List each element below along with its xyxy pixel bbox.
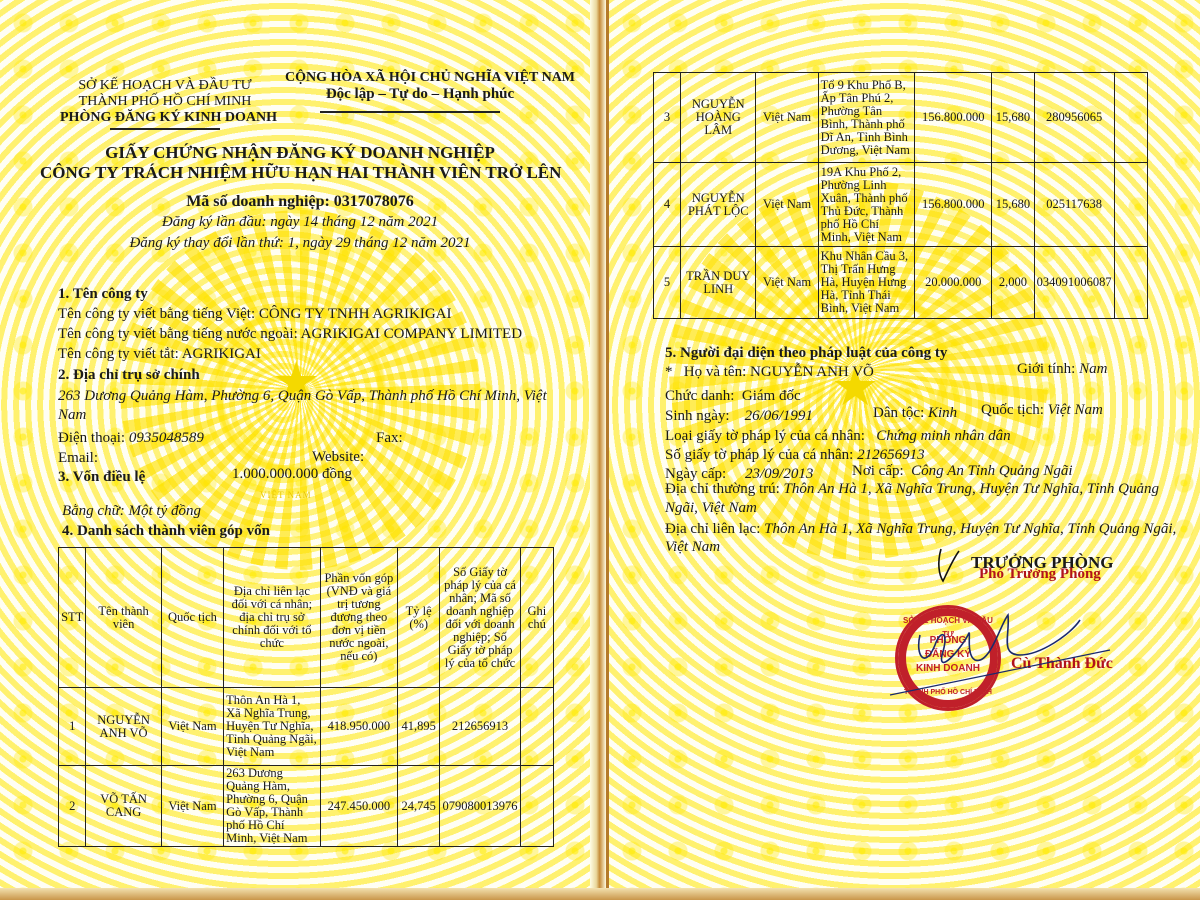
header-note: Ghi chú bbox=[520, 548, 553, 688]
row-name: VÕ TẤN CANG bbox=[86, 766, 161, 847]
row-id-number: 034091006087 bbox=[1034, 247, 1114, 319]
change-registration-date: Đăng ký thay đổi lần thứ: 1, ngày 29 thá… bbox=[40, 235, 560, 252]
gender-row: Giới tính: Nam bbox=[1017, 361, 1107, 378]
contact-address-label: Địa chỉ liên lạc: bbox=[665, 521, 760, 537]
row-stt: 4 bbox=[654, 163, 681, 247]
position-row: Chức danh: Giám đốc bbox=[665, 388, 801, 405]
row-name: NGUYỄN HOÀNG LÂM bbox=[681, 73, 756, 163]
issue-date-label: Ngày cấp: bbox=[665, 466, 726, 482]
row-note bbox=[1114, 73, 1147, 163]
row-capital: 247.450.000 bbox=[320, 766, 397, 847]
document-title: GIẤY CHỨNG NHẬN ĐĂNG KÝ DOANH NGHIỆP bbox=[40, 143, 560, 163]
permanent-address-label: Địa chỉ thường trú: bbox=[665, 481, 780, 497]
table-row: 3 NGUYỄN HOÀNG LÂM Việt Nam Tổ 9 Khu Phố… bbox=[654, 73, 1148, 163]
company-name-short: Tên công ty viết tắt: AGRIKIGAI bbox=[58, 346, 261, 363]
ethnicity-row: Dân tộc: Kinh bbox=[873, 405, 957, 422]
republic-name: CỘNG HÒA XÃ HỘI CHỦ NGHĨA VIỆT NAM bbox=[285, 70, 555, 86]
emblem-text: VIỆT NAM bbox=[260, 490, 312, 500]
page-fold bbox=[590, 0, 606, 900]
agency-line-3: PHÒNG ĐĂNG KÝ KINH DOANH bbox=[60, 110, 270, 126]
row-ratio: 2,000 bbox=[992, 247, 1034, 319]
row-capital: 156.800.000 bbox=[915, 163, 992, 247]
representative-name-row: * Họ và tên: NGUYỄN ANH VÕ bbox=[665, 364, 874, 381]
fax-label: Fax: bbox=[376, 430, 403, 447]
members-table-part-1: STT Tên thành viên Quốc tịch Địa chỉ liê… bbox=[58, 547, 554, 847]
company-type-title: CÔNG TY TRÁCH NHIỆM HỮU HẠN HAI THÀNH VI… bbox=[40, 163, 560, 183]
id-number-row: Số giấy tờ pháp lý của cá nhân: 21265691… bbox=[665, 447, 925, 464]
table-row: 5 TRẦN DUY LINH Việt Nam Khu Nhân Cầu 3,… bbox=[654, 247, 1148, 319]
row-nationality: Việt Nam bbox=[161, 688, 223, 766]
id-number-label: Số giấy tờ pháp lý của cá nhân: bbox=[665, 447, 853, 463]
row-address: Thôn An Hà 1, Xã Nghĩa Trung, Huyện Tư N… bbox=[224, 688, 321, 766]
gender-value: Nam bbox=[1079, 361, 1107, 377]
row-address: Tổ 9 Khu Phố B, Ấp Tân Phú 2, Phường Tân… bbox=[818, 73, 914, 163]
row-ratio: 41,895 bbox=[398, 688, 440, 766]
contact-address-row: Địa chỉ liên lạc: Thôn An Hà 1, Xã Nghĩa… bbox=[665, 521, 1176, 538]
row-capital: 20.000.000 bbox=[915, 247, 992, 319]
head-office-address-line-1: 263 Dương Quảng Hàm, Phường 6, Quận Gò V… bbox=[58, 388, 547, 405]
motto: Độc lập – Tự do – Hạnh phúc bbox=[285, 86, 555, 103]
head-office-address-line-2: Nam bbox=[58, 407, 86, 424]
email-label: Email: bbox=[58, 450, 98, 467]
page-bottom-edge bbox=[0, 888, 1200, 900]
id-type-value: Chứng minh nhân dân bbox=[876, 428, 1010, 444]
charter-capital-amount: 1.000.000.000 đồng bbox=[232, 466, 352, 483]
row-id-number: 079080013976 bbox=[440, 766, 520, 847]
members-table-part-2: 3 NGUYỄN HOÀNG LÂM Việt Nam Tổ 9 Khu Phố… bbox=[653, 72, 1148, 319]
dob-value: 26/06/1991 bbox=[745, 408, 813, 424]
charter-capital-in-words: Bằng chữ: Một tỷ đồng bbox=[62, 503, 201, 520]
row-nationality: Việt Nam bbox=[161, 766, 223, 847]
row-ratio: 15,680 bbox=[992, 163, 1034, 247]
row-note bbox=[520, 688, 553, 766]
dob-row: Sinh ngày: 26/06/1991 bbox=[665, 408, 813, 425]
company-name-vietnamese: Tên công ty viết bằng tiếng Việt: CÔNG T… bbox=[58, 306, 452, 323]
position-value: Giám đốc bbox=[742, 388, 801, 404]
phone-value: 0935048589 bbox=[129, 430, 204, 446]
agency-line-1: SỞ KẾ HOẠCH VÀ ĐẦU TƯ bbox=[60, 78, 270, 94]
row-id-number: 280956065 bbox=[1034, 73, 1114, 163]
section-1-heading: 1. Tên công ty bbox=[58, 286, 148, 303]
row-id-number: 212656913 bbox=[440, 688, 520, 766]
row-name: TRẦN DUY LINH bbox=[681, 247, 756, 319]
table-row: 2 VÕ TẤN CANG Việt Nam 263 Dương Quảng H… bbox=[59, 766, 554, 847]
header-right: CỘNG HÒA XÃ HỘI CHỦ NGHĨA VIỆT NAM Độc l… bbox=[285, 70, 555, 103]
signature-subtitle: Phó Trưởng Phòng bbox=[979, 566, 1101, 583]
row-stt: 1 bbox=[59, 688, 86, 766]
section-4-heading: 4. Danh sách thành viên góp vốn bbox=[62, 523, 270, 540]
initials-signature bbox=[935, 545, 965, 585]
section-5-heading: 5. Người đại diện theo pháp luật của côn… bbox=[665, 345, 947, 362]
contact-address-value-2: Việt Nam bbox=[665, 539, 720, 556]
nationality-row: Quốc tịch: Việt Nam bbox=[981, 402, 1103, 419]
row-ratio: 24,745 bbox=[398, 766, 440, 847]
row-address: Khu Nhân Cầu 3, Thị Trấn Hưng Hà, Huyện … bbox=[818, 247, 914, 319]
row-id-number: 025117638 bbox=[1034, 163, 1114, 247]
header-stt: STT bbox=[59, 548, 86, 688]
row-stt: 5 bbox=[654, 247, 681, 319]
id-number-value: 212656913 bbox=[857, 447, 925, 463]
row-note bbox=[1114, 247, 1147, 319]
permanent-address-value-2: Ngãi, Việt Nam bbox=[665, 500, 757, 517]
row-nationality: Việt Nam bbox=[756, 163, 818, 247]
permanent-address-row: Địa chỉ thường trú: Thôn An Hà 1, Xã Ngh… bbox=[665, 481, 1159, 498]
bullet-icon: * bbox=[665, 364, 673, 380]
phone-label: Điện thoại: bbox=[58, 430, 125, 446]
table-header-row: STT Tên thành viên Quốc tịch Địa chỉ liê… bbox=[59, 548, 554, 688]
row-name: NGUYỄN ANH VÕ bbox=[86, 688, 161, 766]
id-type-row: Loại giấy tờ pháp lý của cá nhân: Chứng … bbox=[665, 428, 1011, 445]
section-2-heading: 2. Địa chỉ trụ sở chính bbox=[58, 367, 200, 384]
row-note bbox=[520, 766, 553, 847]
row-nationality: Việt Nam bbox=[756, 73, 818, 163]
issue-date-value: 23/09/2013 bbox=[745, 466, 813, 482]
row-name: NGUYỄN PHÁT LỘC bbox=[681, 163, 756, 247]
row-stt: 3 bbox=[654, 73, 681, 163]
row-address: 19A Khu Phố 2, Phường Linh Xuân, Thành p… bbox=[818, 163, 914, 247]
row-capital: 156.800.000 bbox=[915, 73, 992, 163]
nationality-label: Quốc tịch: bbox=[981, 402, 1044, 418]
ethnicity-value: Kinh bbox=[928, 405, 957, 421]
gender-label: Giới tính: bbox=[1017, 361, 1075, 377]
header-left: SỞ KẾ HOẠCH VÀ ĐẦU TƯ THÀNH PHỐ HỒ CHÍ M… bbox=[60, 78, 270, 126]
issue-place-value: Công An Tỉnh Quảng Ngãi bbox=[911, 463, 1072, 479]
row-capital: 418.950.000 bbox=[320, 688, 397, 766]
ethnicity-label: Dân tộc: bbox=[873, 405, 924, 421]
permanent-address-value-1: Thôn An Hà 1, Xã Nghĩa Trung, Huyện Tư N… bbox=[784, 481, 1159, 497]
header-ratio: Tỷ lệ (%) bbox=[398, 548, 440, 688]
business-code: Mã số doanh nghiệp: 0317078076 bbox=[40, 193, 560, 211]
table-row: 1 NGUYỄN ANH VÕ Việt Nam Thôn An Hà 1, X… bbox=[59, 688, 554, 766]
header-nationality: Quốc tịch bbox=[161, 548, 223, 688]
row-stt: 2 bbox=[59, 766, 86, 847]
header-member-name: Tên thành viên bbox=[86, 548, 161, 688]
first-registration-date: Đăng ký lần đầu: ngày 14 tháng 12 năm 20… bbox=[40, 214, 560, 231]
header-address: Địa chỉ liên lạc đối với cá nhân; địa ch… bbox=[224, 548, 321, 688]
nationality-value: Việt Nam bbox=[1048, 402, 1103, 418]
phone-row: Điện thoại: 0935048589 bbox=[58, 430, 204, 447]
table-row: 4 NGUYỄN PHÁT LỘC Việt Nam 19A Khu Phố 2… bbox=[654, 163, 1148, 247]
certificate-page-1: ★ SỞ KẾ HOẠCH VÀ ĐẦU TƯ THÀNH PHỐ HỒ CHÍ… bbox=[0, 0, 590, 900]
header-id-number: Số Giấy tờ pháp lý của cá nhân; Mã số do… bbox=[440, 548, 520, 688]
handwritten-signature bbox=[880, 595, 1120, 705]
contact-address-value-1: Thôn An Hà 1, Xã Nghĩa Trung, Huyện Tư N… bbox=[764, 521, 1176, 537]
header-capital: Phần vốn góp (VNĐ và giá trị tương đương… bbox=[320, 548, 397, 688]
company-name-foreign: Tên công ty viết bằng tiếng nước ngoài: … bbox=[58, 326, 522, 343]
issue-place-row: Nơi cấp: Công An Tỉnh Quảng Ngãi bbox=[852, 463, 1073, 480]
row-address: 263 Dương Quảng Hàm, Phường 6, Quận Gò V… bbox=[224, 766, 321, 847]
representative-name: Họ và tên: NGUYỄN ANH VÕ bbox=[684, 364, 874, 380]
row-nationality: Việt Nam bbox=[756, 247, 818, 319]
certificate-page-2: ★ 3 NGUYỄN HOÀNG LÂM Việt Nam Tổ 9 Khu P… bbox=[606, 0, 1200, 900]
dob-label: Sinh ngày: bbox=[665, 408, 730, 424]
position-label: Chức danh: bbox=[665, 388, 734, 404]
row-note bbox=[1114, 163, 1147, 247]
agency-line-2: THÀNH PHỐ HỒ CHÍ MINH bbox=[60, 94, 270, 110]
id-type-label: Loại giấy tờ pháp lý của cá nhân: bbox=[665, 428, 865, 444]
website-label: Website: bbox=[312, 449, 364, 466]
issue-place-label: Nơi cấp: bbox=[852, 463, 904, 479]
row-ratio: 15,680 bbox=[992, 73, 1034, 163]
section-3-heading: 3. Vốn điều lệ bbox=[58, 469, 145, 486]
